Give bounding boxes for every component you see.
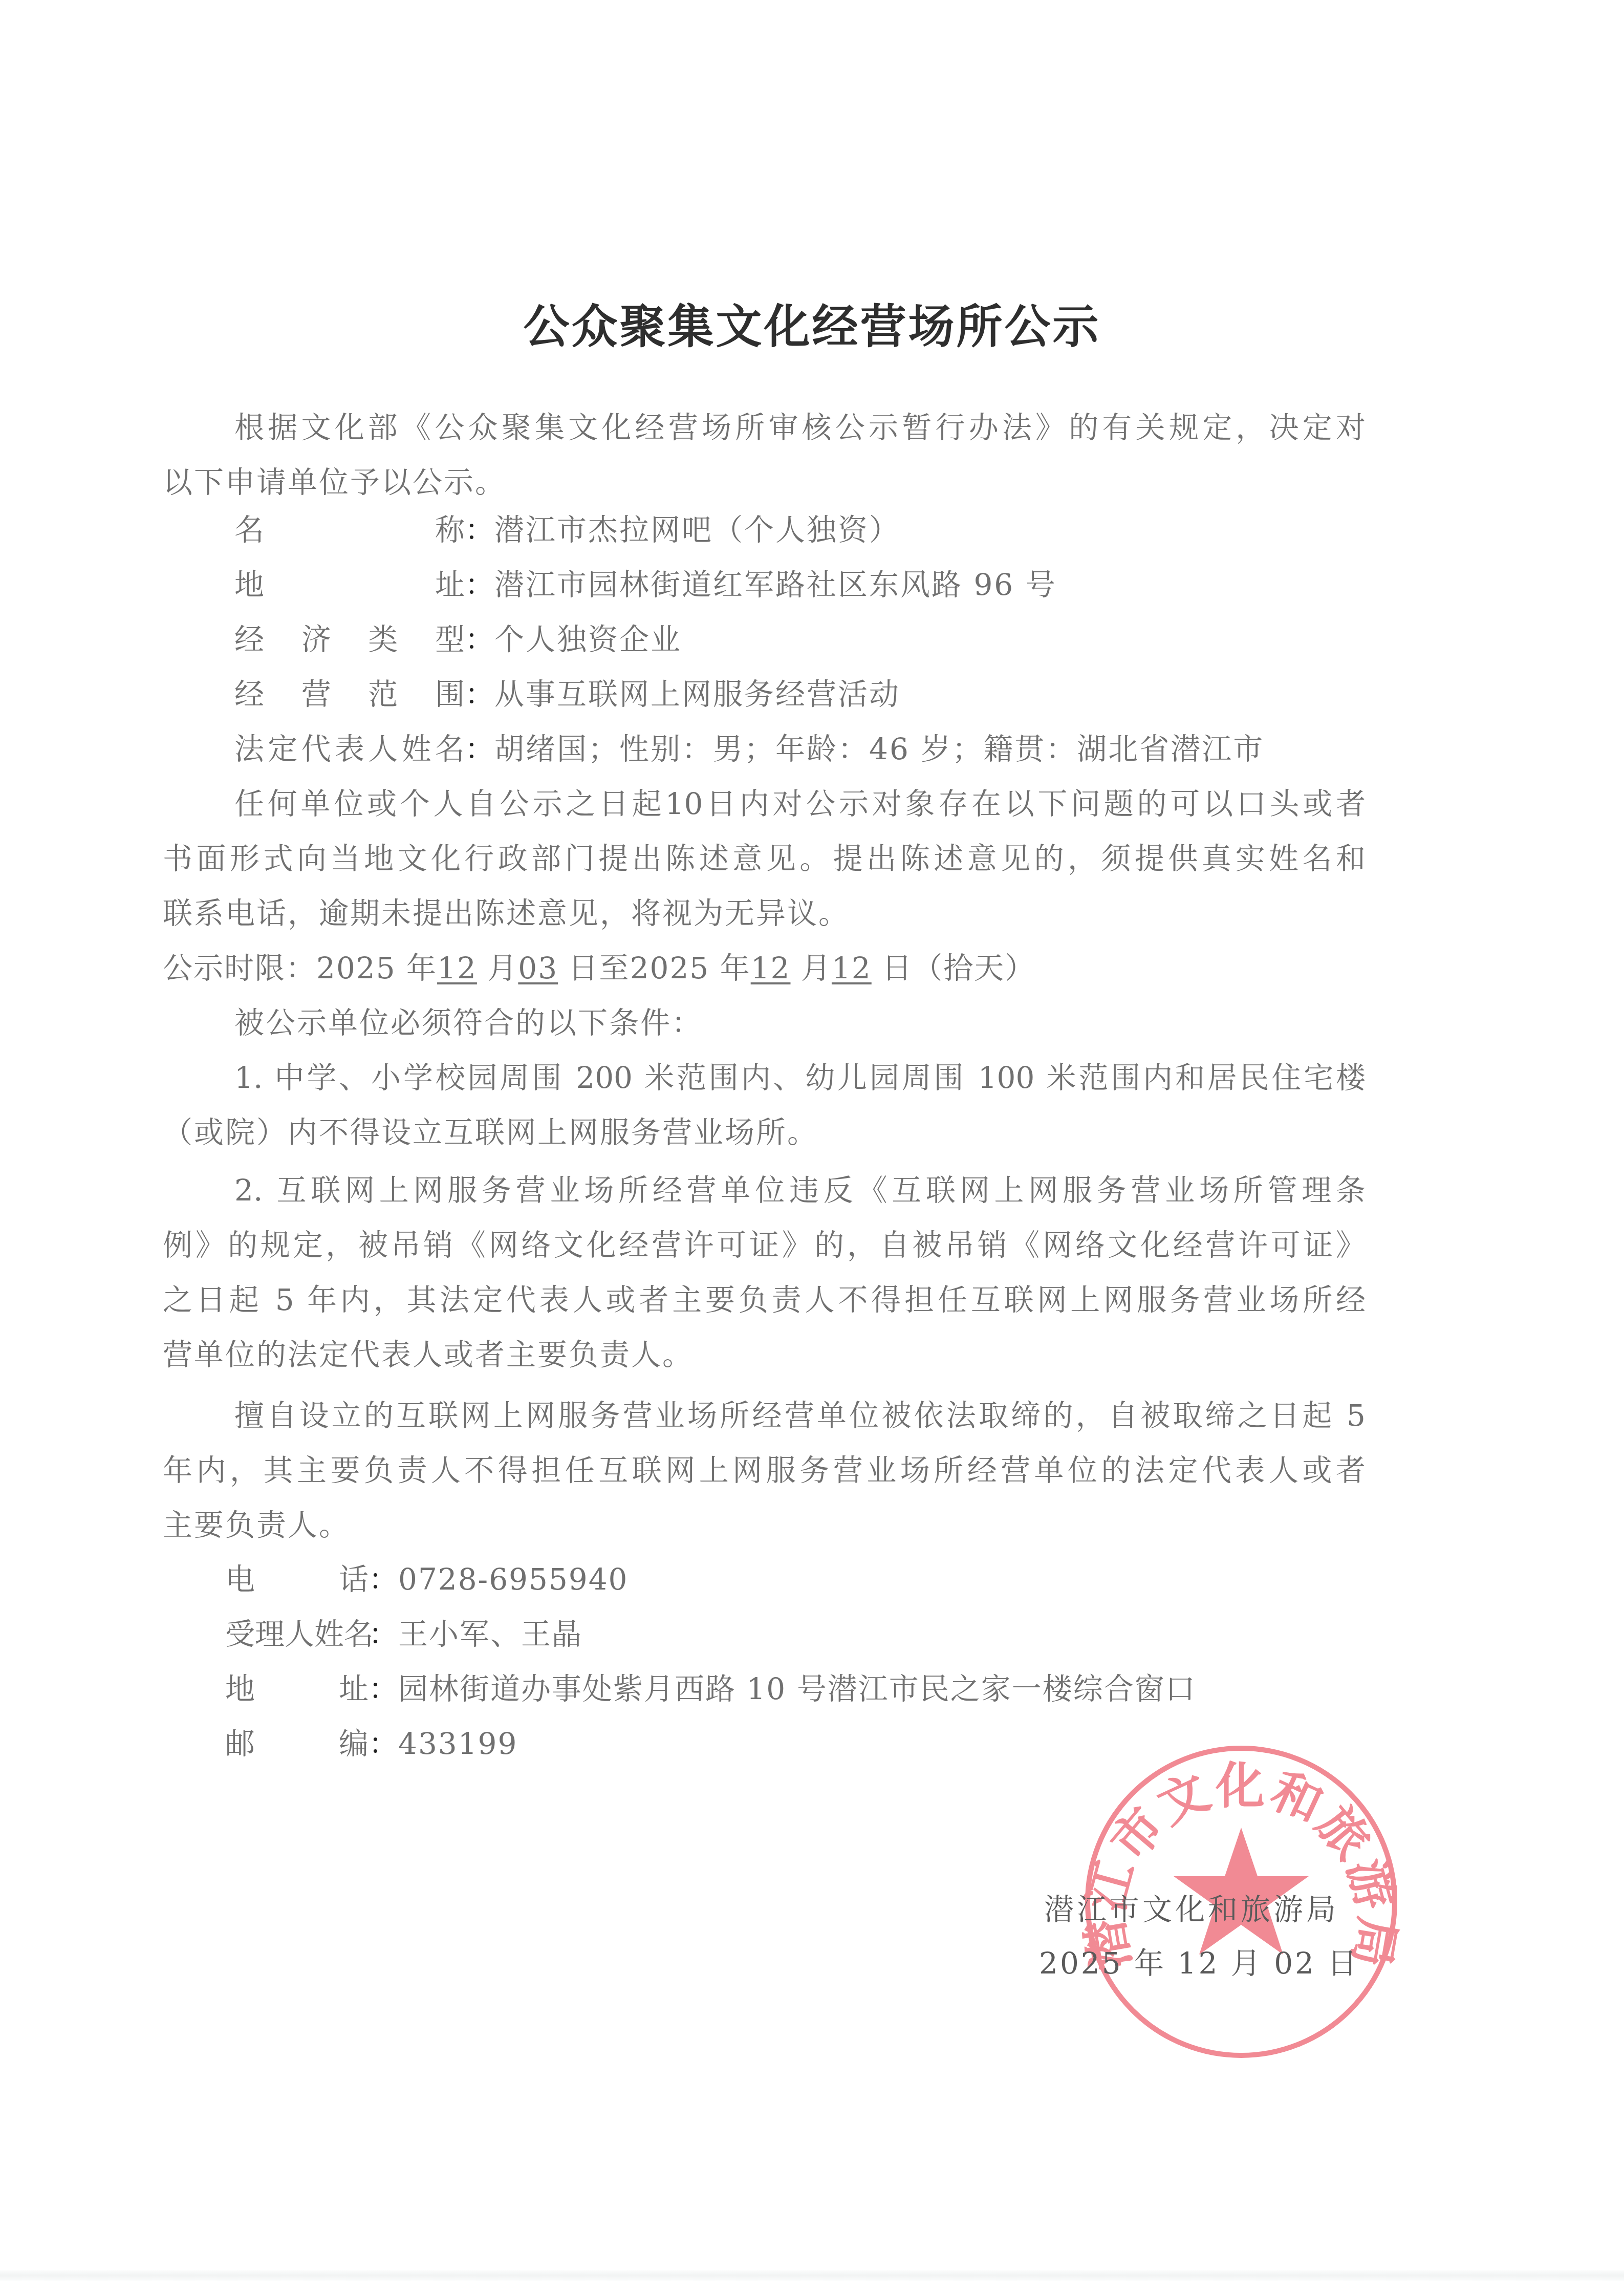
- office-address: 园林街道办事处紫月西路 10 号潜江市民之家一楼综合窗口: [398, 1671, 1196, 1707]
- field-economic-type: 经 济 类 型 ： 个人独资企业: [234, 621, 682, 657]
- start-month: 12: [437, 951, 477, 985]
- field-label: 经 营 范 围: [234, 676, 465, 712]
- issuer-name: 潜江市文化和旅游局: [1044, 1892, 1339, 1927]
- field-label: 地 址: [234, 567, 465, 603]
- objection-line-2: 书面形式向当地文化行政部门提出陈述意见。提出陈述意见的，须提供真实姓名和: [163, 841, 1366, 876]
- objection-line-3: 联系电话，逾期未提出陈述意见，将视为无异议。: [163, 895, 850, 931]
- business-scope: 从事互联网上网服务经营活动: [494, 676, 900, 712]
- contact-postcode: 邮 编 ： 433199: [225, 1726, 517, 1762]
- phone-number: 0728-6955940: [398, 1561, 629, 1597]
- publicity-period: 公示时限：2025 年12 月03 日至2025 年12 月12 日（拾天）: [163, 950, 1035, 986]
- condition-1-line-2: （或院）内不得设立互联网上网服务营业场所。: [163, 1114, 818, 1150]
- condition-2-line-2: 例》的规定，被吊销《网络文化经营许可证》的，自被吊销《网络文化经营许可证》: [163, 1227, 1366, 1263]
- unauthorized-line-2: 年内，其主要负责人不得担任互联网上网服务营业场所经营单位的法定代表人或者: [163, 1452, 1366, 1488]
- field-label: 名 称: [234, 512, 465, 548]
- star-icon: [1174, 1828, 1309, 1955]
- unauthorized-line-1: 擅自设立的互联网上网服务营业场所经营单位被依法取缔的，自被取缔之日起 5: [234, 1398, 1366, 1433]
- field-address: 地 址 ： 潜江市园林街道红军路社区东风路 96 号: [234, 567, 1057, 603]
- field-legal-representative: 法 定 代 表 人 姓 名 ： 胡绪国；性别：男；年龄：46 岁；籍贯：湖北省潜…: [234, 731, 1264, 767]
- condition-2-line-1: 2. 互联网上网服务营业场所经营单位违反《互联网上网服务营业场所管理条: [234, 1172, 1366, 1208]
- conditions-heading: 被公示单位必须符合的以下条件：: [234, 1005, 703, 1041]
- end-month: 12: [751, 951, 791, 985]
- postcode: 433199: [398, 1726, 517, 1762]
- handler-names: 王小军、王晶: [398, 1616, 582, 1652]
- contact-address: 地 址 ： 园林街道办事处紫月西路 10 号潜江市民之家一楼综合窗口: [225, 1671, 1196, 1707]
- contact-handler: 受 理 人 姓 名 ： 王小军、王晶: [225, 1616, 582, 1652]
- field-label: 法 定 代 表 人 姓 名: [234, 731, 465, 767]
- legal-representative: 胡绪国；性别：男；年龄：46 岁；籍贯：湖北省潜江市: [494, 731, 1264, 767]
- document-page: 公众聚集文化经营场所公示 根据文化部《公众聚集文化经营场所审核公示暂行办法》的有…: [0, 0, 1624, 2296]
- objection-line-1: 任何单位或个人自公示之日起10日内对公示对象存在以下问题的可以口头或者: [234, 786, 1366, 822]
- intro-line-1: 根据文化部《公众聚集文化经营场所审核公示暂行办法》的有关规定，决定对: [234, 410, 1366, 445]
- economic-type: 个人独资企业: [494, 621, 682, 657]
- business-name: 潜江市杰拉网吧（个人独资）: [494, 512, 900, 548]
- document-title: 公众聚集文化经营场所公示: [0, 289, 1624, 356]
- start-day: 03: [518, 951, 558, 985]
- issue-date: 2025 年 12 月 02 日: [1039, 1945, 1359, 1981]
- unauthorized-line-3: 主要负责人。: [163, 1507, 350, 1543]
- condition-1-line-1: 1. 中学、小学校园周围 200 米范围内、幼儿园周围 100 米范围内和居民住…: [234, 1060, 1366, 1096]
- contact-phone: 电 话 ： 0728-6955940: [225, 1561, 629, 1597]
- condition-2-line-3: 之日起 5 年内，其法定代表人或者主要负责人不得担任互联网上网服务营业场所经: [163, 1282, 1366, 1318]
- field-label: 经 济 类 型: [234, 621, 465, 657]
- scan-edge: [0, 2270, 1624, 2281]
- end-day: 12: [832, 951, 872, 985]
- field-name: 名 称 ： 潜江市杰拉网吧（个人独资）: [234, 512, 900, 548]
- business-address: 潜江市园林街道红军路社区东风路 96 号: [494, 567, 1057, 603]
- field-business-scope: 经 营 范 围 ： 从事互联网上网服务经营活动: [234, 676, 900, 712]
- condition-2-line-4: 营单位的法定代表人或者主要负责人。: [163, 1337, 694, 1372]
- intro-line-2: 以下申请单位予以公示。: [163, 464, 506, 500]
